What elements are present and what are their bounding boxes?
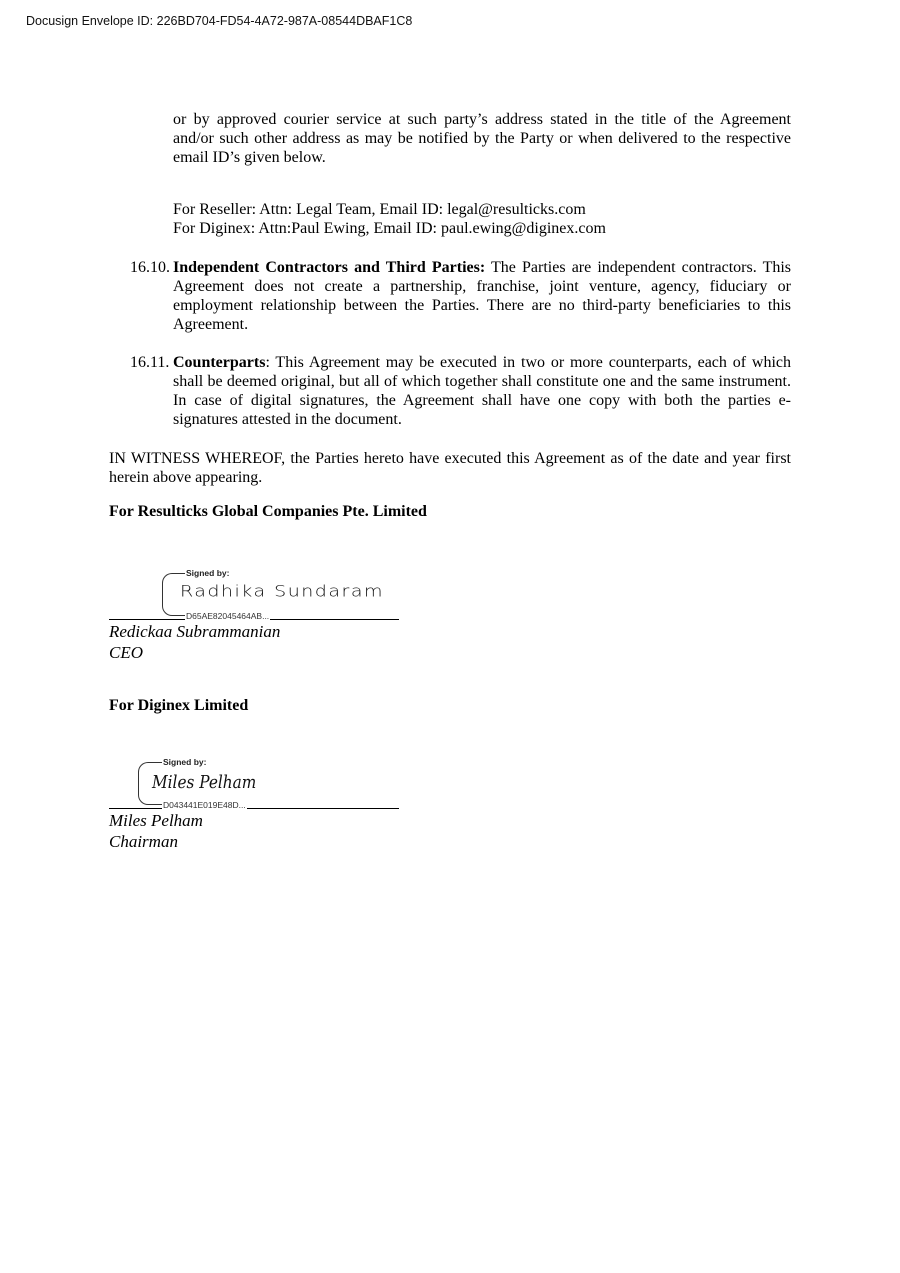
signed-by-label: Signed by: xyxy=(162,757,207,767)
party-heading-resulticks: For Resulticks Global Companies Pte. Lim… xyxy=(109,502,427,521)
party-heading-diginex: For Diginex Limited xyxy=(109,696,248,715)
docusign-envelope-id: Docusign Envelope ID: 226BD704-FD54-4A72… xyxy=(26,14,412,28)
clause-body: Independent Contractors and Third Partie… xyxy=(173,258,791,334)
signer-title: Chairman xyxy=(109,831,203,852)
clause-heading: Counterparts xyxy=(173,354,265,371)
witness-line: herein above appearing. xyxy=(109,468,791,487)
witness-line: IN WITNESS WHEREOF, the Parties hereto h… xyxy=(109,449,791,468)
signature-image: Radhika Sundaram xyxy=(180,582,384,601)
contact-reseller: For Reseller: Attn: Legal Team, Email ID… xyxy=(173,200,606,219)
contact-list: For Reseller: Attn: Legal Team, Email ID… xyxy=(173,200,606,238)
clause-number: 16.10. xyxy=(130,258,170,277)
witness-statement: IN WITNESS WHEREOF, the Parties hereto h… xyxy=(109,449,791,487)
signer-name: Redickaa Subrammanian xyxy=(109,621,280,642)
signature-image: Miles Pelham xyxy=(152,772,256,793)
notice-line: email ID’s given below. xyxy=(173,148,791,167)
clause-body: Counterparts: This Agreement may be exec… xyxy=(173,353,791,429)
signature-id: D65AE82045464AB... xyxy=(185,612,270,621)
signer-title: CEO xyxy=(109,642,280,663)
clause-16-11: 16.11. Counterparts: This Agreement may … xyxy=(130,353,791,429)
notice-line: or by approved courier service at such p… xyxy=(173,110,791,129)
clause-heading: Independent Contractors and Third Partie… xyxy=(173,259,485,276)
notice-paragraph: or by approved courier service at such p… xyxy=(173,110,791,167)
contact-diginex: For Diginex: Attn:Paul Ewing, Email ID: … xyxy=(173,219,606,238)
clause-text: : This Agreement may be executed in two … xyxy=(173,354,791,428)
signature-line xyxy=(109,808,399,809)
signed-by-label: Signed by: xyxy=(185,568,230,578)
signer-block: Redickaa Subrammanian CEO xyxy=(109,621,280,663)
notice-line: and/or such other address as may be noti… xyxy=(173,129,791,148)
signer-block: Miles Pelham Chairman xyxy=(109,810,203,852)
clause-16-10: 16.10. Independent Contractors and Third… xyxy=(130,258,791,334)
clause-number: 16.11. xyxy=(130,353,169,372)
signer-name: Miles Pelham xyxy=(109,810,203,831)
signature-id: D043441E019E48D... xyxy=(162,801,247,810)
